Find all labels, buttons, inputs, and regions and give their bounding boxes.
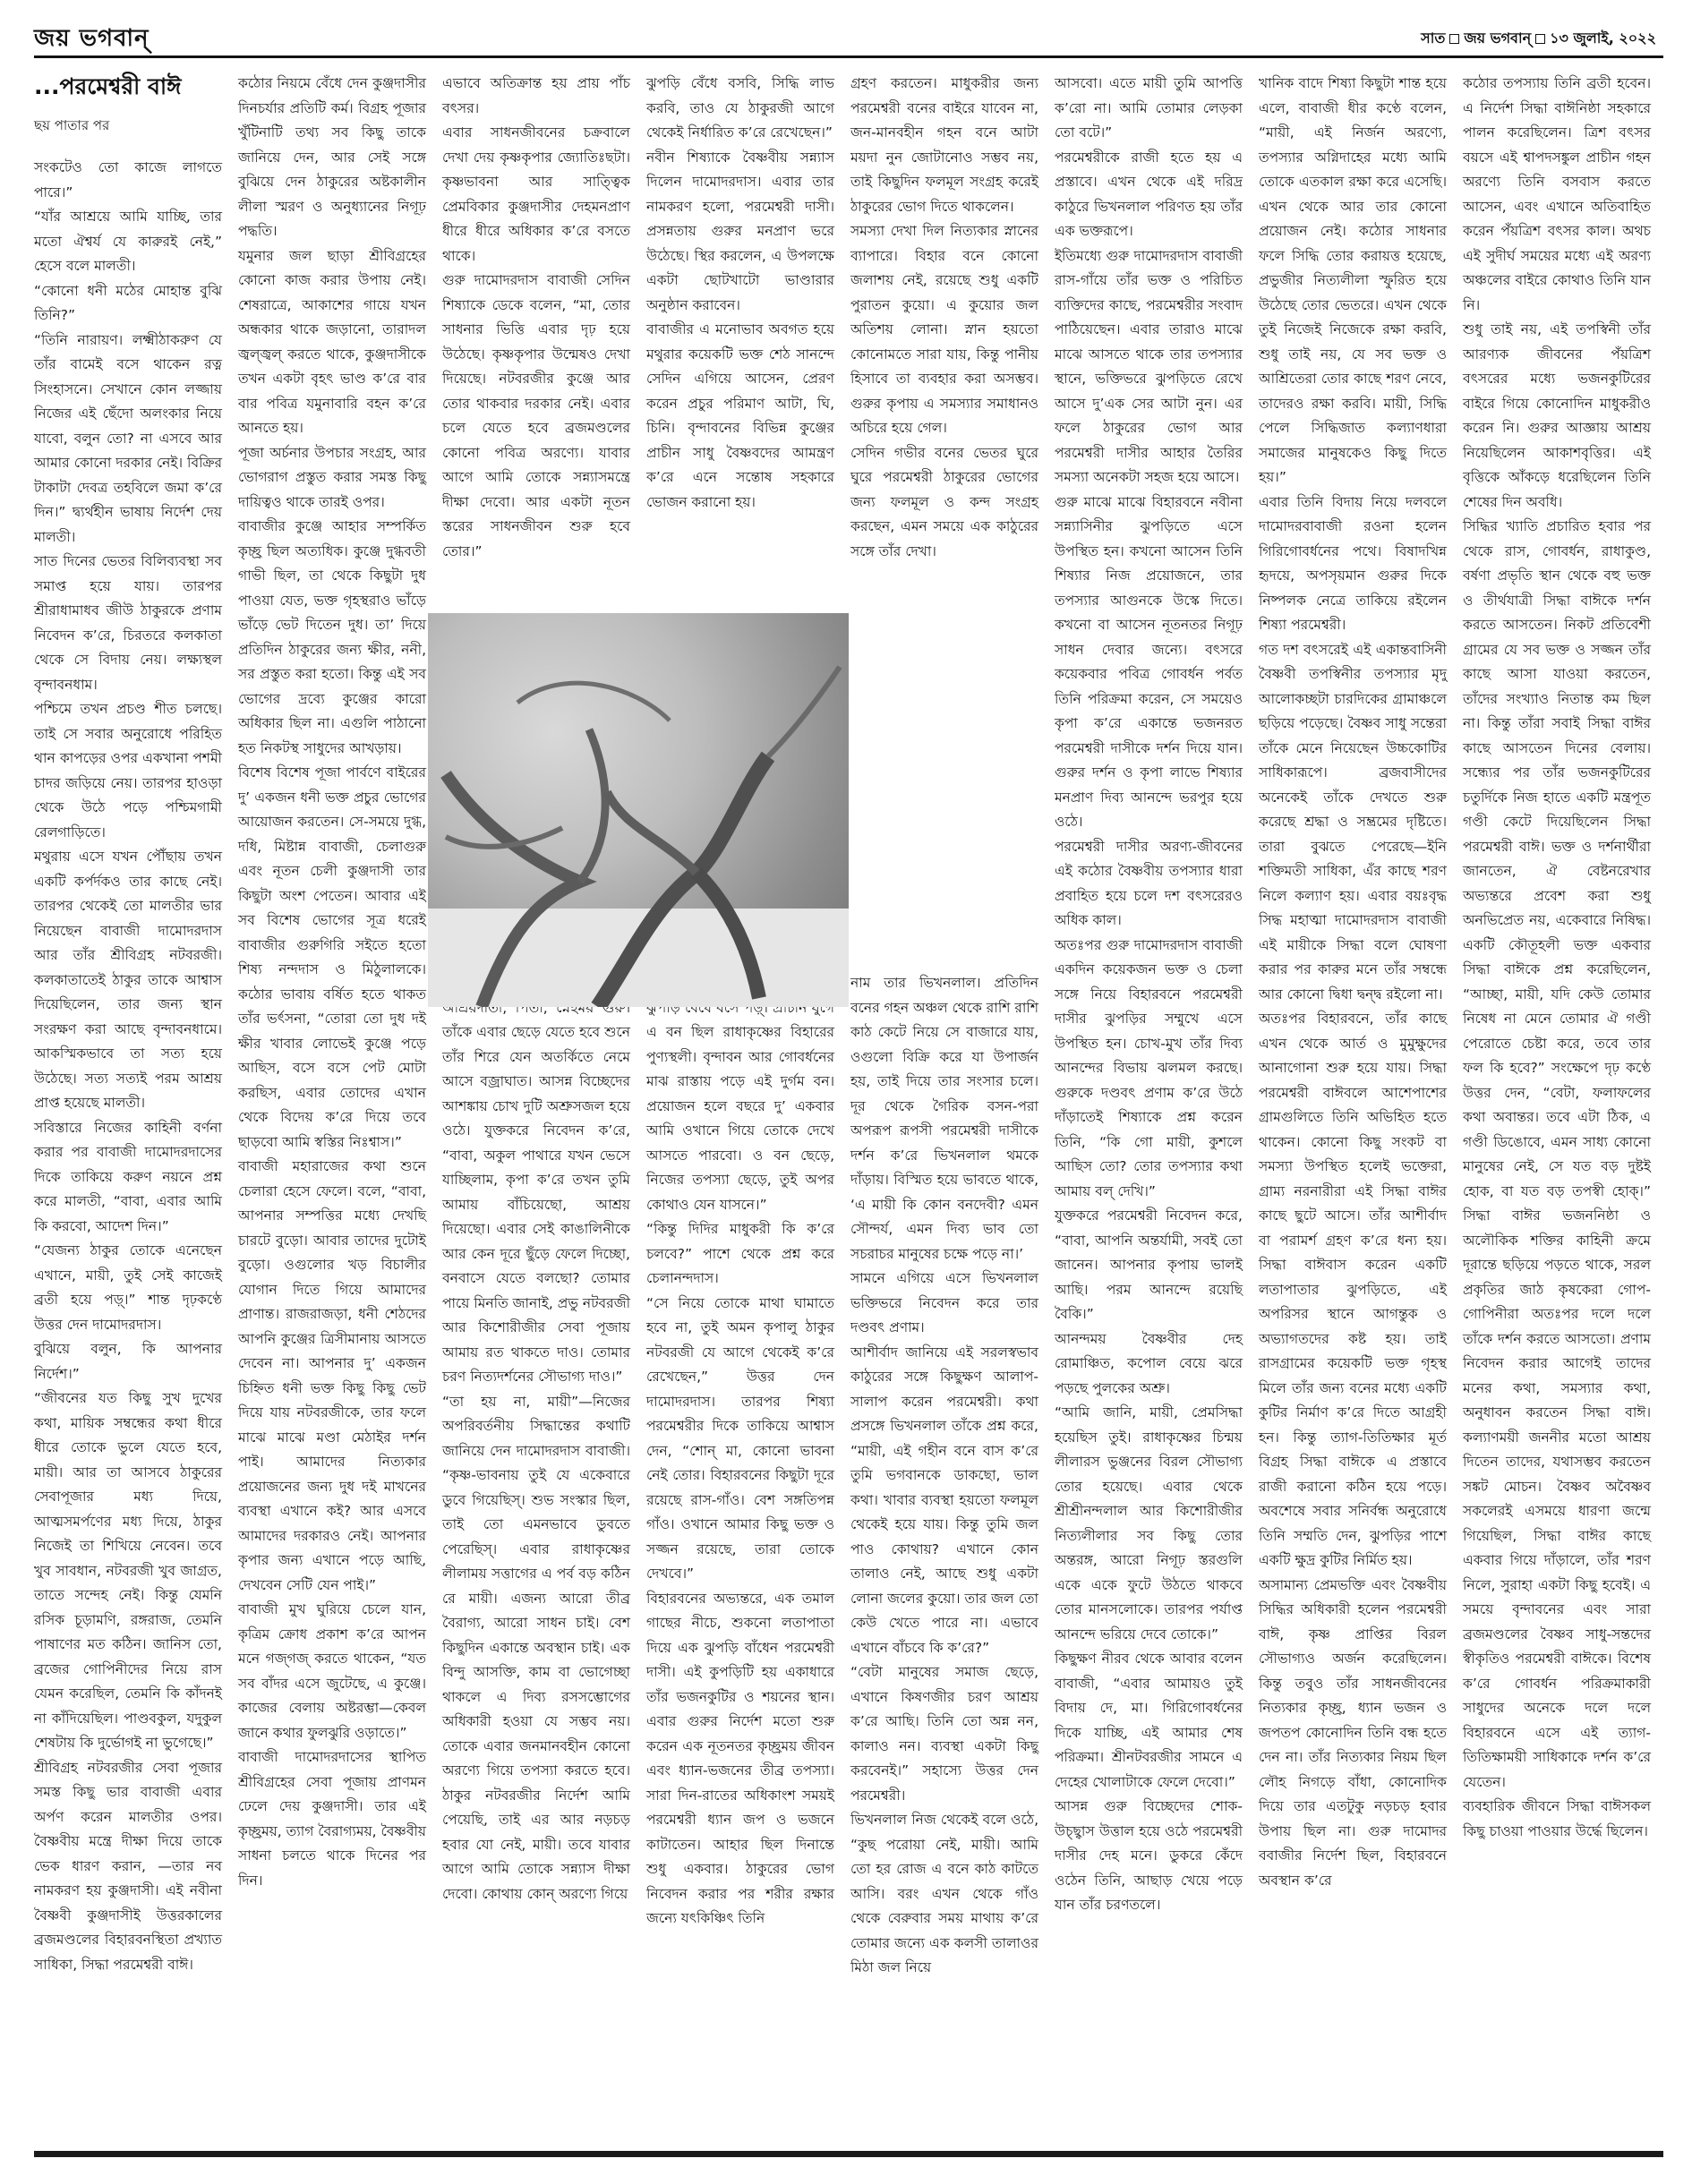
article-paragraph: পরমেশ্বরী দাসীর অরণ্য-জীবনের এই কঠোর বৈষ…	[1055, 835, 1243, 934]
article-paragraph: এবার সাধনজীবনের চক্রবালে দেখা দেয় কৃষ্ণ…	[442, 121, 630, 269]
column-7: খানিক বাদে শিষ্যা কিছুটা শান্ত হয়ে এলে,…	[1259, 72, 1447, 1893]
photo-gap	[850, 564, 1038, 971]
article-paragraph: আসন্ন গুরু বিচ্ছেদের শোক-উচ্ছ্বাস উত্তাল…	[1055, 1795, 1243, 1918]
article-paragraph: “জীবনের যত কিছু সুখ দুখের কথা, মায়িক সম…	[34, 1386, 222, 1756]
article-paragraph: বাবাজী মহারাজের কথা শুনে চেলারা হেসে ফেল…	[238, 1155, 426, 1598]
article-paragraph: সেদিন গভীর বনের ভেতর ঘুরে ঘুরে পরমেশ্বরী…	[850, 441, 1038, 565]
article-paragraph: সংকটেও তো কাজে লাগতে পারে।”	[34, 156, 222, 205]
article-paragraph: পূজা অর্চনার উপচার সংগ্রহ, আর ভোগরাগ প্র…	[238, 441, 426, 516]
article-paragraph: “তিনি নারায়ণ। লক্ষ্মীঠাকরুণ যে তাঁর বাম…	[34, 328, 222, 550]
article-body: ...পরমেশ্বরী বাঈ ছয় পাতার পর সংকটেও তো …	[34, 72, 1663, 2041]
article-paragraph: “বেটা মানুষের সমাজ ছেড়ে, এখানে কিষণজীর …	[850, 1660, 1038, 1808]
article-paragraph: নাম তার ভিখনলাল। প্রতিদিন বনের গহন অঞ্চল…	[850, 971, 1038, 1267]
article-paragraph: বিহারবনের অভ্যন্তরে, এক তমাল গাছের নীচে,…	[646, 1587, 834, 1932]
article-paragraph: গুরু মাঝে মাঝে বিহারবনে নবীনা সন্ন্যাসিন…	[1055, 491, 1243, 835]
column-6: আসবো। এতে মায়ী তুমি আপত্তি ক’রো না। আমি…	[1055, 72, 1243, 1918]
publication-name: জয় ভগবান্	[1464, 30, 1531, 47]
column-2: কঠোর নিয়মে বেঁধে দেন কুঞ্জদাসীর দিনচর্য…	[238, 72, 426, 1893]
article-paragraph: অতঃপর গুরু দামোদরদাস বাবাজী একদিন কয়েকজ…	[1055, 934, 1243, 1205]
article-paragraph: শুধু তাই নয়, এই তপস্বিনী তাঁর আরণ্যক জী…	[1463, 318, 1651, 515]
article-paragraph: পরমেশ্বরীকে রাজী হতে হয় এ প্রস্তাবে। এখ…	[1055, 146, 1243, 244]
article-paragraph: কঠোর তপস্যায় তিনি ব্রতী হবেন। এ নির্দেশ…	[1463, 72, 1651, 318]
article-paragraph: ব্যবহারিক জীবনে সিদ্ধা বাঈসকল কিছু চাওয়…	[1463, 1795, 1651, 1844]
article-paragraph: বাবাজী একাধারে কুঞ্জদাসীর আশ্রয়দাতা, পি…	[442, 971, 630, 1390]
article-paragraph: “কিন্তু দিদির মাধুকরী কি ক’রে চলবে?” পাশ…	[646, 1217, 834, 1292]
article-paragraph: এবার তিনি বিদায় নিয়ে দলবলে দামোদরবাবাজ…	[1259, 491, 1447, 638]
article-paragraph: গ্রহণ করতেন। মাধুকরীর জন্য পরমেশ্বরী বনে…	[850, 72, 1038, 219]
article-paragraph: সবিস্তারে নিজের কাহিনী বর্ণনা করার পর বা…	[34, 1116, 222, 1240]
article-title: ...পরমেশ্বরী বাঈ	[34, 72, 222, 102]
article-paragraph: অতঃপর বিহারবনে, তাঁর কাছে এখন থেকে আর্ত …	[1259, 1007, 1447, 1574]
article-paragraph: এভাবে অতিক্রান্ত হয় প্রায় পাঁচ বৎসর।	[442, 72, 630, 121]
article-paragraph: “যেজন্য ঠাকুর তোকে এনেছেন এখানে, মায়ী, …	[34, 1239, 222, 1337]
article-paragraph: সাত দিনের ভেতর বিলিব্যবস্থা সব সমাপ্ত হয…	[34, 550, 222, 697]
article-paragraph: বিশেষ বিশেষ পূজা পার্বণে বাইরের দু’ একজন…	[238, 761, 426, 1155]
article-paragraph: পশ্চিমে তখন প্রচণ্ড শীত চলছে। তাই সে সবা…	[34, 697, 222, 845]
article-paragraph: বাবাজীর কুঞ্জে আহার সম্পর্কিত কৃচ্ছ্র ছি…	[238, 515, 426, 761]
article-paragraph: ইতিমধ্যে গুরু দামোদরদাস বাবাজী রাস-গাঁয়…	[1055, 244, 1243, 491]
article-paragraph: বুঝিয়ে বলুন, কি আপনার নির্দেশ।”	[34, 1337, 222, 1386]
article-paragraph: শ্রীবিগ্রহ নটবরজীর সেবা পূজার সমস্ত কিছু…	[34, 1756, 222, 1978]
article-paragraph: কঠোর নিয়মে বেঁধে দেন কুঞ্জদাসীর দিনচর্য…	[238, 72, 426, 244]
forest-trees-photo	[428, 613, 849, 1007]
article-paragraph: যমুনার জল ছাড়া শ্রীবিগ্রহের কোনো কাজ কর…	[238, 244, 426, 441]
article-paragraph: অসামান্য প্রেমভক্তি এবং বৈষ্ণবীয় সিদ্ধি…	[1259, 1574, 1447, 1894]
article-paragraph: “যাঁর আশ্রয়ে আমি যাচ্ছি, তার মতো ঐশ্বর্…	[34, 205, 222, 279]
article-paragraph: সিদ্ধির খ্যাতি প্রচারিত হবার পর থেকে রাস…	[1463, 515, 1651, 1795]
article-paragraph: আসবো। এতে মায়ী তুমি আপত্তি ক’রো না। আমি…	[1055, 72, 1243, 146]
article-paragraph: আশীর্বাদ জানিয়ে এই সরলস্বভাব কাঠুরের সঙ…	[850, 1341, 1038, 1661]
article-paragraph: “আমি জানি, মায়ী, প্রেমসিদ্ধা হয়েছিস তু…	[1055, 1401, 1243, 1647]
article-paragraph: কিছুক্ষণ নীরব থেকে আবার বলেন বাবাজী, “এব…	[1055, 1647, 1243, 1795]
article-paragraph: ঝুপড়ি বেঁধে বসবি, সিদ্ধি লাভ করবি, তাও …	[646, 72, 834, 146]
issue-date: ১৩ জুলাই, ২০২২	[1550, 30, 1656, 47]
article-paragraph: সমস্যা দেখা দিল নিত্যকার স্নানের ব্যাপার…	[850, 219, 1038, 441]
masthead: জয় ভগবান্ সাতজয় ভগবান্১৩ জুলাই, ২০২২	[34, 20, 1663, 58]
column-8: কঠোর তপস্যায় তিনি ব্রতী হবেন। এ নির্দেশ…	[1463, 72, 1651, 1844]
article-paragraph: গত দশ বৎসরেই এই একান্তবাসিনী বৈষ্ণবী তপস…	[1259, 638, 1447, 1008]
page-folio: সাতজয় ভগবান্১৩ জুলাই, ২০২২	[1421, 27, 1656, 51]
continued-from: ছয় পাতার পর	[34, 115, 222, 136]
column-5: গ্রহণ করতেন। মাধুকরীর জন্য পরমেশ্বরী বনে…	[850, 72, 1038, 1981]
newspaper-page: জয় ভগবান্ সাতজয় ভগবান্১৩ জুলাই, ২০২২ .…	[34, 0, 1663, 2184]
article-paragraph: ভিখনলাল নিজ থেকেই বলে ওঠে, “কুছ পরোয়া ন…	[850, 1808, 1038, 1981]
column-1: ...পরমেশ্বরী বাঈ ছয় পাতার পর সংকটেও তো …	[34, 72, 222, 1977]
article-paragraph: নবীন শিষ্যাকে বৈষ্ণবীয় সন্ন্যাস দিলেন দ…	[646, 146, 834, 319]
article-paragraph: সামনে এগিয়ে এসে ভিখনলাল ভক্তিভরে নিবেদন…	[850, 1267, 1038, 1341]
article-paragraph: বাবাজী মুখ ঘুরিয়ে চেলে যান, কৃত্রিম ক্র…	[238, 1598, 426, 1745]
bottom-rule	[34, 2151, 1663, 2157]
article-paragraph: খানিক বাদে শিষ্যা কিছুটা শান্ত হয়ে এলে,…	[1259, 72, 1447, 491]
twisted-trees-illustration	[428, 613, 849, 1007]
article-paragraph: “সে নিয়ে তোকে মাথা ঘামাতে হবে না, তুই অ…	[646, 1292, 834, 1587]
article-paragraph: বাবাজীর এ মনোভাব অবগত হয়ে মথুরার কয়েকট…	[646, 318, 834, 515]
publication-logo: জয় ভগবান্	[34, 20, 150, 59]
article-paragraph: মথুরায় এসে যখন পৌঁছায় তখন একটি কর্পর্দ…	[34, 845, 222, 1116]
separator-box-icon	[1449, 34, 1459, 44]
page-number: সাত	[1421, 30, 1445, 47]
article-paragraph: “কোনো ধনী মঠের মোহান্ত বুঝি তিনি?”	[34, 279, 222, 328]
article-paragraph: “তা হয় না, মায়ী”—নিজের অপরিবর্তনীয় সি…	[442, 1390, 630, 1907]
article-paragraph: বাবাজী দামোদরদাসের স্থাপিত শ্রীবিগ্রহের …	[238, 1745, 426, 1893]
article-paragraph: আনন্দময় বৈষ্ণবীর দেহ রোমাঞ্চিত, কপোল বে…	[1055, 1327, 1243, 1402]
article-paragraph: যুক্তকরে পরমেশ্বরী নিবেদন করে, “বাবা, আপ…	[1055, 1204, 1243, 1327]
separator-box-icon	[1535, 34, 1545, 44]
article-paragraph: গুরু দামোদরদাস বাবাজী সেদিন শিষ্যাকে ডেক…	[442, 269, 630, 564]
